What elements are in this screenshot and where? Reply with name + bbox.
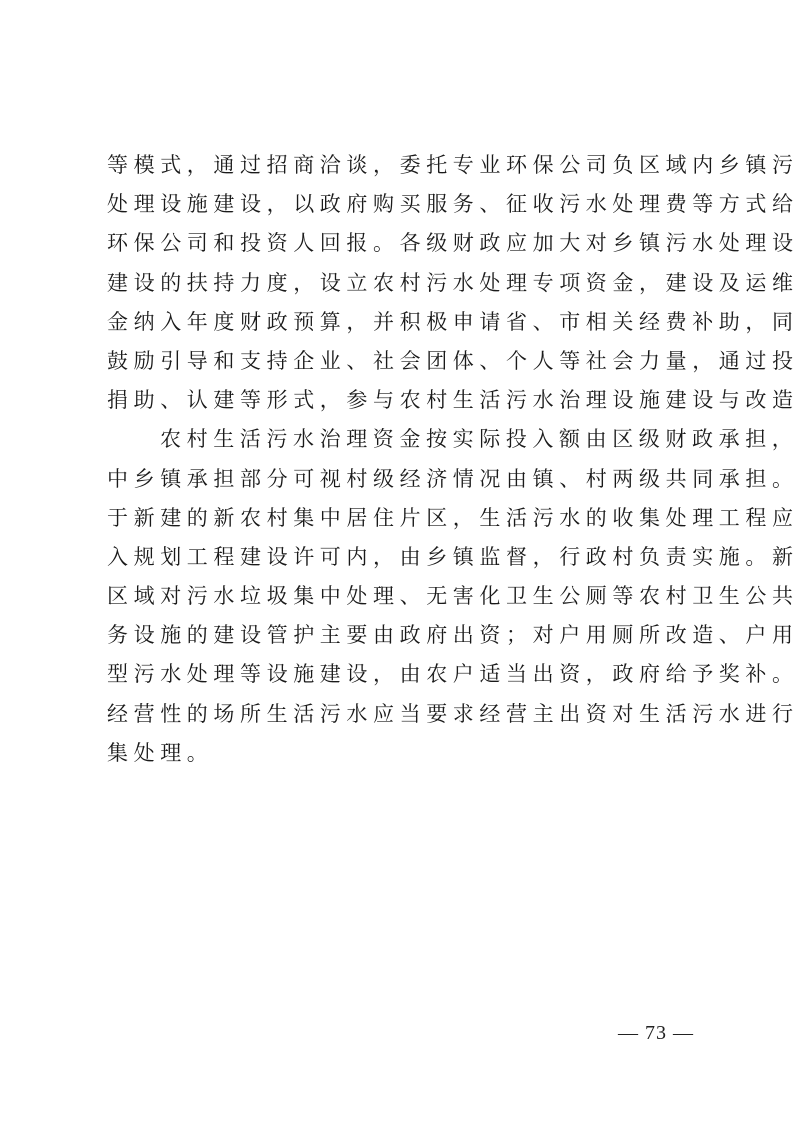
text-line: 中乡镇承担部分可视村级经济情况由镇、村两级共同承担。对: [107, 460, 697, 499]
text-line: 务设施的建设管护主要由政府出资；对户用厕所改造、户用小: [107, 616, 697, 655]
text-line: 集处理。: [107, 734, 697, 773]
paragraph-2: 农村生活污水治理资金按实际投入额由区级财政承担，其 中乡镇承担部分可视村级经济情…: [107, 420, 697, 773]
text-line: 建设的扶持力度，设立农村污水处理专项资金，建设及运维资: [107, 264, 697, 303]
text-line: 金纳入年度财政预算，并积极申请省、市相关经费补助，同时: [107, 303, 697, 342]
text-line: 鼓励引导和支持企业、社会团体、个人等社会力量，通过投资、: [107, 342, 697, 381]
paragraph-1: 等模式，通过招商洽谈，委托专业环保公司负区域内乡镇污水 处理设施建设，以政府购买…: [107, 146, 697, 420]
text-line: 区域对污水垃圾集中处理、无害化卫生公厕等农村卫生公共服: [107, 577, 697, 616]
document-page: 等模式，通过招商洽谈，委托专业环保公司负区域内乡镇污水 处理设施建设，以政府购买…: [0, 0, 793, 1122]
text-line: 入规划工程建设许可内，由乡镇监督，行政村负责实施。新建: [107, 538, 697, 577]
text-line: 等模式，通过招商洽谈，委托专业环保公司负区域内乡镇污水: [107, 146, 697, 185]
text-line: 于新建的新农村集中居住片区，生活污水的收集处理工程应纳: [107, 499, 697, 538]
text-line: 环保公司和投资人回报。各级财政应加大对乡镇污水处理设施: [107, 224, 697, 263]
text-line: 农村生活污水治理资金按实际投入额由区级财政承担，其: [107, 420, 697, 459]
body-text: 等模式，通过招商洽谈，委托专业环保公司负区域内乡镇污水 处理设施建设，以政府购买…: [107, 146, 697, 773]
text-line: 经营性的场所生活污水应当要求经营主出资对生活污水进行收: [107, 695, 697, 734]
page-number: — 73 —: [618, 1022, 694, 1045]
text-line: 捐助、认建等形式，参与农村生活污水治理设施建设与改造。: [107, 381, 697, 420]
text-line: 处理设施建设，以政府购买服务、征收污水处理费等方式给予: [107, 185, 697, 224]
text-line: 型污水处理等设施建设，由农户适当出资，政府给予奖补。有: [107, 655, 697, 694]
